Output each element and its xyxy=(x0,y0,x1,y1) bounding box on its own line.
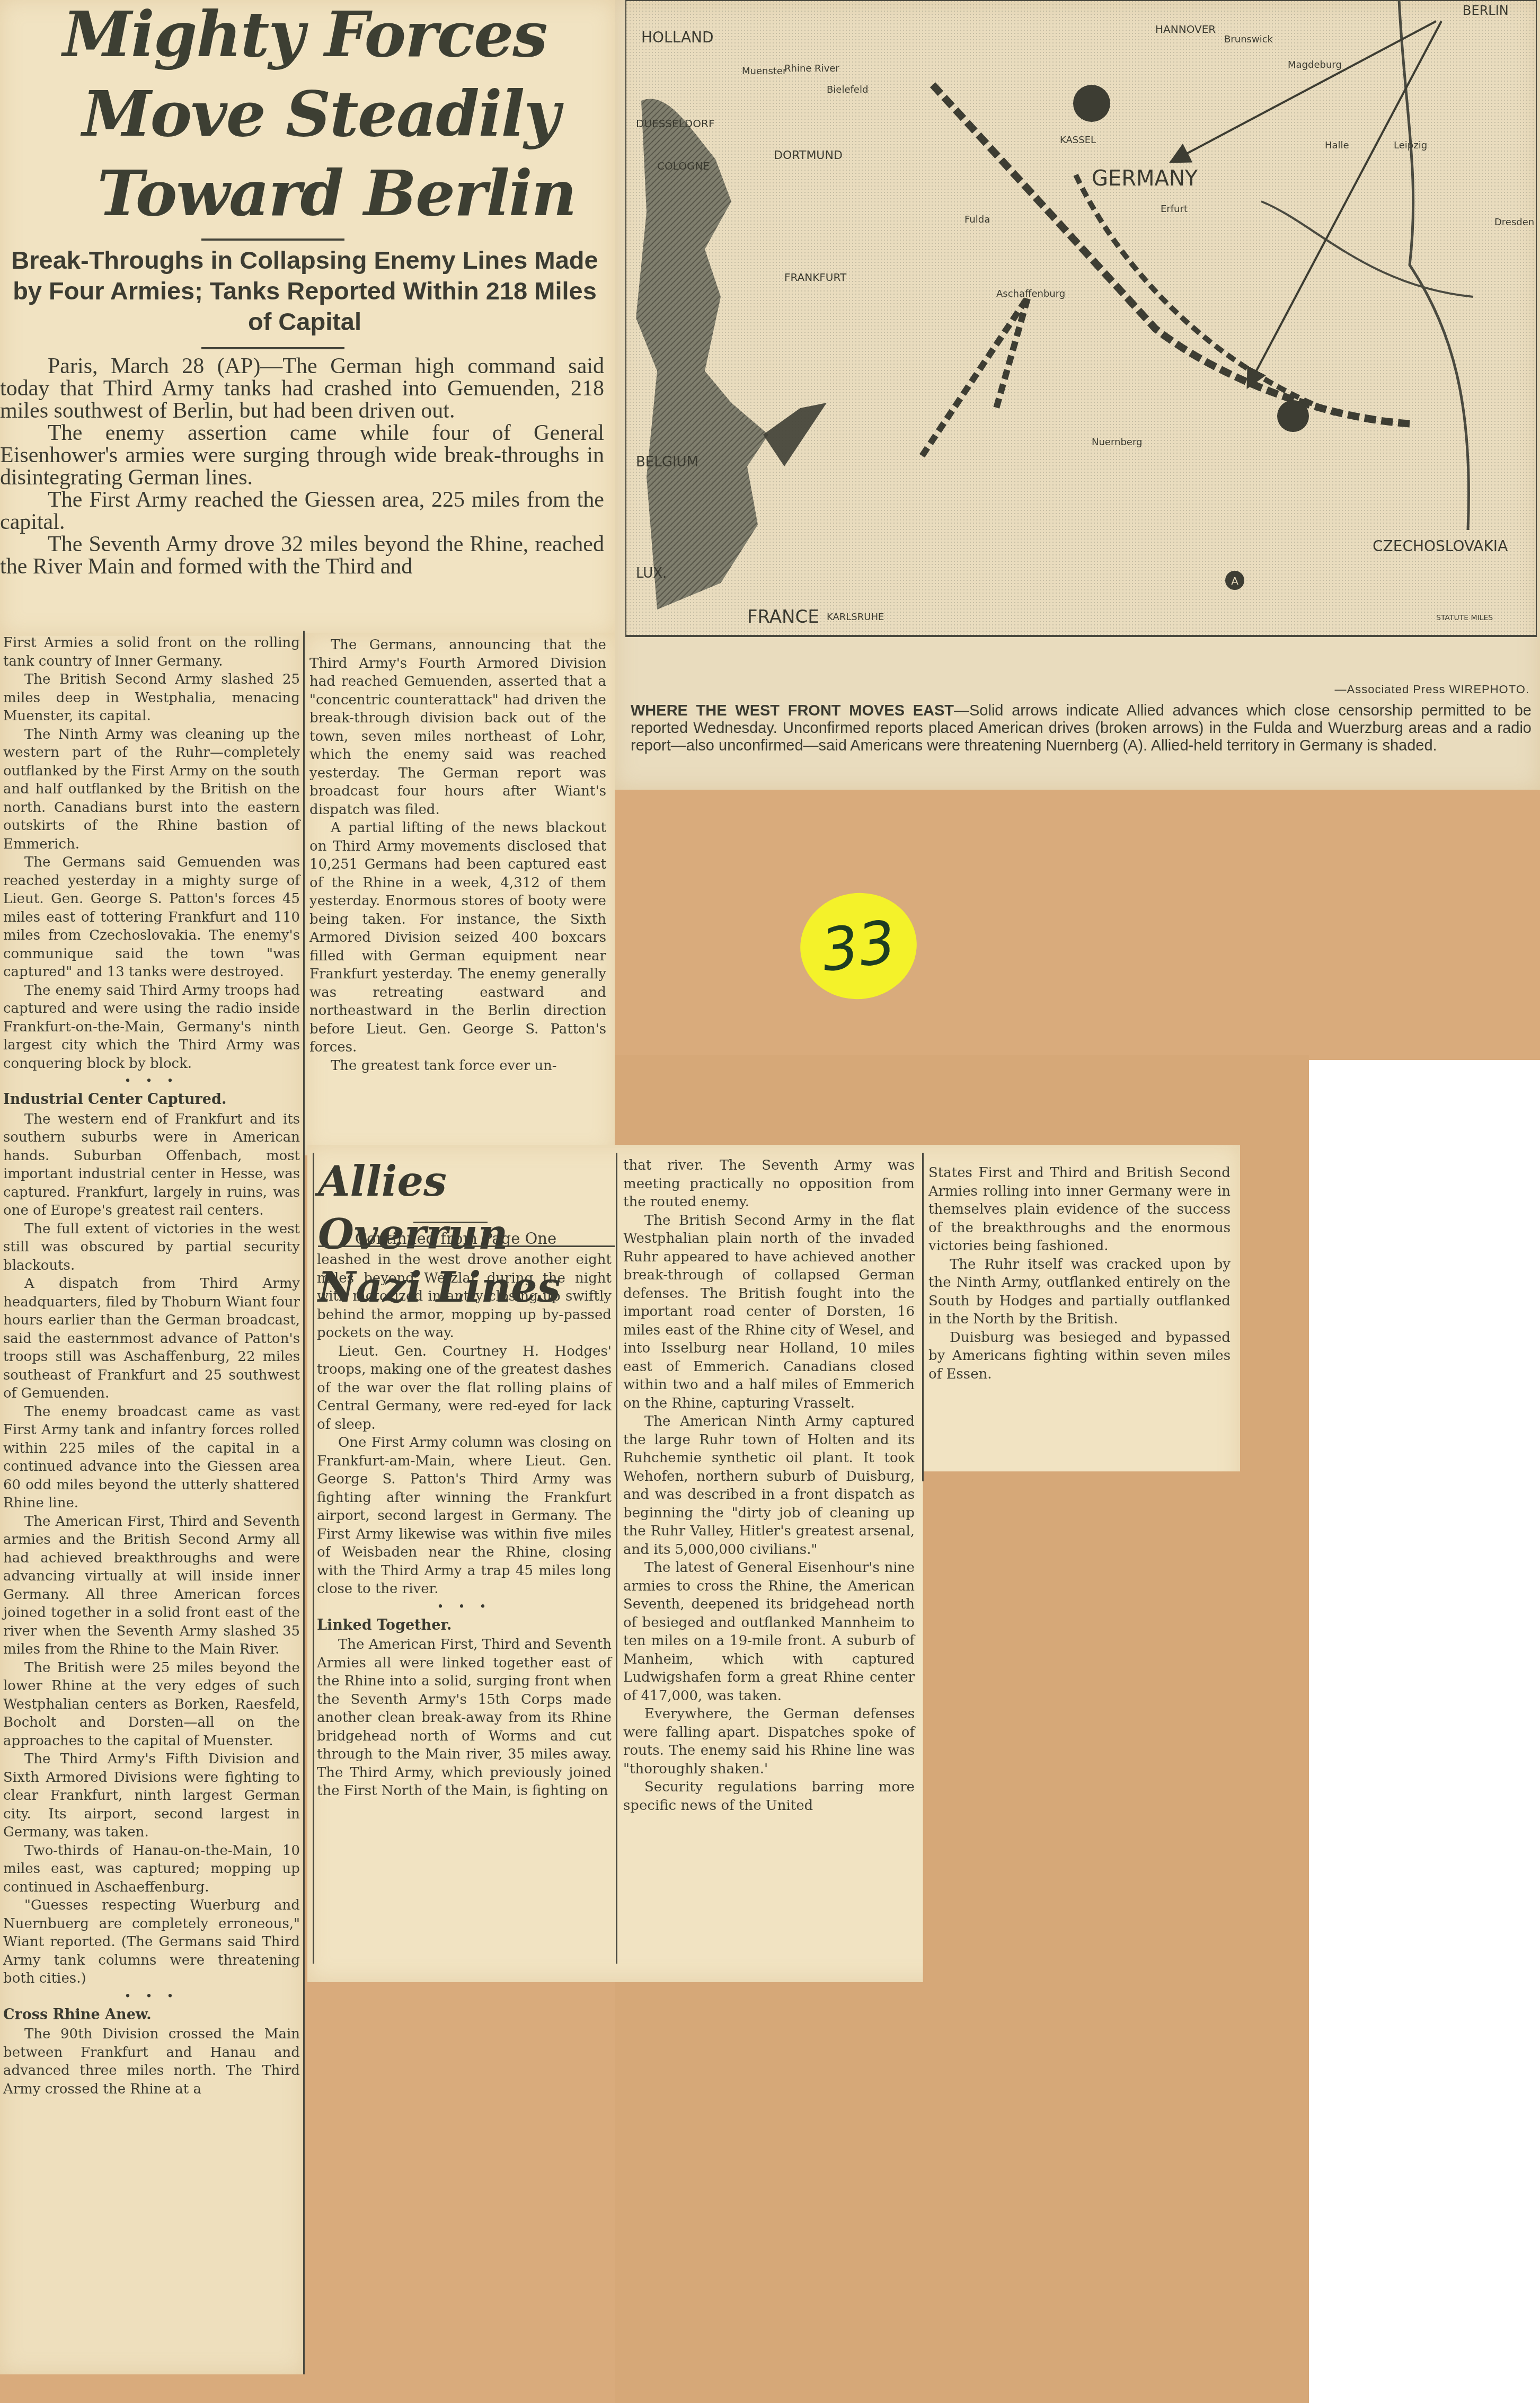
svg-text:LUX.: LUX. xyxy=(636,566,667,581)
paragraph: First Armies a solid front on the rollin… xyxy=(3,634,300,670)
continuation-column-2: that river. The Seventh Army was meeting… xyxy=(623,1156,915,1815)
paragraph: The western end of Frankfurt and its sou… xyxy=(3,1110,300,1220)
paragraph: Lieut. Gen. Courtney H. Hodges' troops, … xyxy=(317,1342,612,1434)
svg-text:Rhine River: Rhine River xyxy=(784,63,839,74)
svg-text:Halle: Halle xyxy=(1325,140,1349,151)
paragraph: The greatest tank force ever un- xyxy=(309,1057,606,1075)
svg-text:BERLIN: BERLIN xyxy=(1463,3,1509,18)
svg-text:Dresden: Dresden xyxy=(1494,217,1534,228)
svg-text:BELGIUM: BELGIUM xyxy=(636,454,698,470)
paragraph: The Ruhr itself was cracked upon by the … xyxy=(928,1256,1231,1329)
paragraph: The enemy broadcast came as vast First A… xyxy=(3,1403,300,1513)
paragraph: The British Second Army in the flat West… xyxy=(623,1212,915,1413)
continuation-column-1: leashed in the west drove another eight … xyxy=(317,1251,612,1800)
paragraph: The latest of General Eisenhour's nine a… xyxy=(623,1559,915,1705)
svg-text:DORTMUND: DORTMUND xyxy=(774,149,843,162)
paragraph: that river. The Seventh Army was meeting… xyxy=(623,1156,915,1212)
svg-text:KASSEL: KASSEL xyxy=(1060,135,1096,146)
svg-text:Magdeburg: Magdeburg xyxy=(1288,59,1342,70)
section-heading: Cross Rhine Anew. xyxy=(3,2006,300,2025)
divider xyxy=(318,1245,615,1247)
paragraph: The Germans said Gemuenden was reached y… xyxy=(3,853,300,982)
paragraph: The American Ninth Army captured the lar… xyxy=(623,1412,915,1559)
svg-text:Nuernberg: Nuernberg xyxy=(1092,437,1142,448)
paragraph: The 90th Division crossed the Main betwe… xyxy=(3,2025,300,2098)
svg-text:Aschaffenburg: Aschaffenburg xyxy=(996,288,1065,299)
svg-text:Leipzig: Leipzig xyxy=(1394,140,1427,151)
paragraph: Everywhere, the German defenses were fal… xyxy=(623,1705,915,1778)
lead-paragraphs: Paris, March 28 (AP)—The German high com… xyxy=(0,355,604,578)
paragraph: The Ninth Army was cleaning up the weste… xyxy=(3,726,300,854)
svg-text:FRANCE: FRANCE xyxy=(747,606,819,628)
section-divider: • • • xyxy=(3,1076,300,1088)
subheadline: Break-Throughs in Collapsing Enemy Lines… xyxy=(5,245,604,337)
svg-text:CZECHOSLOVAKIA: CZECHOSLOVAKIA xyxy=(1373,537,1508,555)
svg-text:FRANKFURT: FRANKFURT xyxy=(784,271,847,284)
paragraph: Two-thirds of Hanau-on-the-Main, 10 mile… xyxy=(3,1842,300,1897)
paragraph: The American First, Third and Seventh Ar… xyxy=(317,1636,612,1800)
paragraph: A partial lifting of the news blackout o… xyxy=(309,819,606,1057)
paragraph: The American First, Third and Seventh ar… xyxy=(3,1513,300,1659)
continuation-column-3: States First and Third and British Secon… xyxy=(928,1164,1231,1383)
svg-text:STATUTE MILES: STATUTE MILES xyxy=(1436,614,1493,622)
paragraph: A dispatch from Third Army headquarters,… xyxy=(3,1275,300,1403)
column-rule xyxy=(616,1153,617,1964)
svg-text:HANNOVER: HANNOVER xyxy=(1155,23,1216,36)
paragraph: The full extent of victories in the west… xyxy=(3,1220,300,1275)
section-heading: Linked Together. xyxy=(317,1616,612,1635)
svg-text:Fulda: Fulda xyxy=(964,214,990,225)
column-rule xyxy=(303,631,305,2374)
paragraph: leashed in the west drove another eight … xyxy=(317,1251,612,1342)
main-article-column-2: The Germans, announcing that the Third A… xyxy=(309,636,606,1075)
svg-text:HOLLAND: HOLLAND xyxy=(641,29,714,46)
section-divider: • • • xyxy=(3,1991,300,2003)
paragraph: The British Second Army slashed 25 miles… xyxy=(3,670,300,726)
paragraph: The enemy said Third Army troops had cap… xyxy=(3,982,300,1073)
svg-text:Brunswick: Brunswick xyxy=(1224,34,1273,45)
photo-credit: —Associated Press WIREPHOTO. xyxy=(1335,683,1529,696)
divider xyxy=(413,1222,488,1223)
paragraph: Duisburg was besieged and bypassed by Am… xyxy=(928,1329,1231,1384)
scrapbook-backing xyxy=(615,774,1540,1060)
paragraph: One First Army column was closing on Fra… xyxy=(317,1434,612,1598)
divider xyxy=(201,238,344,241)
svg-text:DUESSELDORF: DUESSELDORF xyxy=(636,117,714,130)
svg-text:KARLSRUHE: KARLSRUHE xyxy=(827,612,884,623)
svg-text:A: A xyxy=(1231,575,1238,587)
svg-text:Muenster: Muenster xyxy=(742,66,787,77)
svg-text:GERMANY: GERMANY xyxy=(1092,166,1198,191)
war-front-map: A HOLLAND GERMANY BELGIUM LUX. FRANCE CZ… xyxy=(625,0,1537,657)
paragraph: The Germans, announcing that the Third A… xyxy=(309,636,606,819)
section-heading: Industrial Center Captured. xyxy=(3,1091,300,1109)
map-caption: WHERE THE WEST FRONT MOVES EAST—Solid ar… xyxy=(631,702,1532,755)
svg-text:COLOGNE: COLOGNE xyxy=(657,160,710,172)
column-rule xyxy=(922,1153,924,1481)
paragraph: Security regulations barring more specif… xyxy=(623,1778,915,1815)
svg-text:Bielefeld: Bielefeld xyxy=(827,84,868,95)
paragraph: The Third Army's Fifth Division and Sixt… xyxy=(3,1750,300,1842)
main-headline: Mighty Forces Move Steadily Toward Berli… xyxy=(5,0,604,233)
paragraph: The British were 25 miles beyond the low… xyxy=(3,1659,300,1751)
continued-from-label: Continued from Page One xyxy=(318,1230,594,1248)
paragraph: "Guesses respecting Wuerburg and Nuernbu… xyxy=(3,1896,300,1988)
section-divider: • • • xyxy=(317,1602,612,1613)
divider xyxy=(201,347,344,349)
column-rule xyxy=(313,1153,314,1964)
paragraph: States First and Third and British Secon… xyxy=(928,1164,1231,1256)
svg-text:Erfurt: Erfurt xyxy=(1161,204,1188,215)
main-article-column-1: First Armies a solid front on the rollin… xyxy=(3,634,300,2098)
